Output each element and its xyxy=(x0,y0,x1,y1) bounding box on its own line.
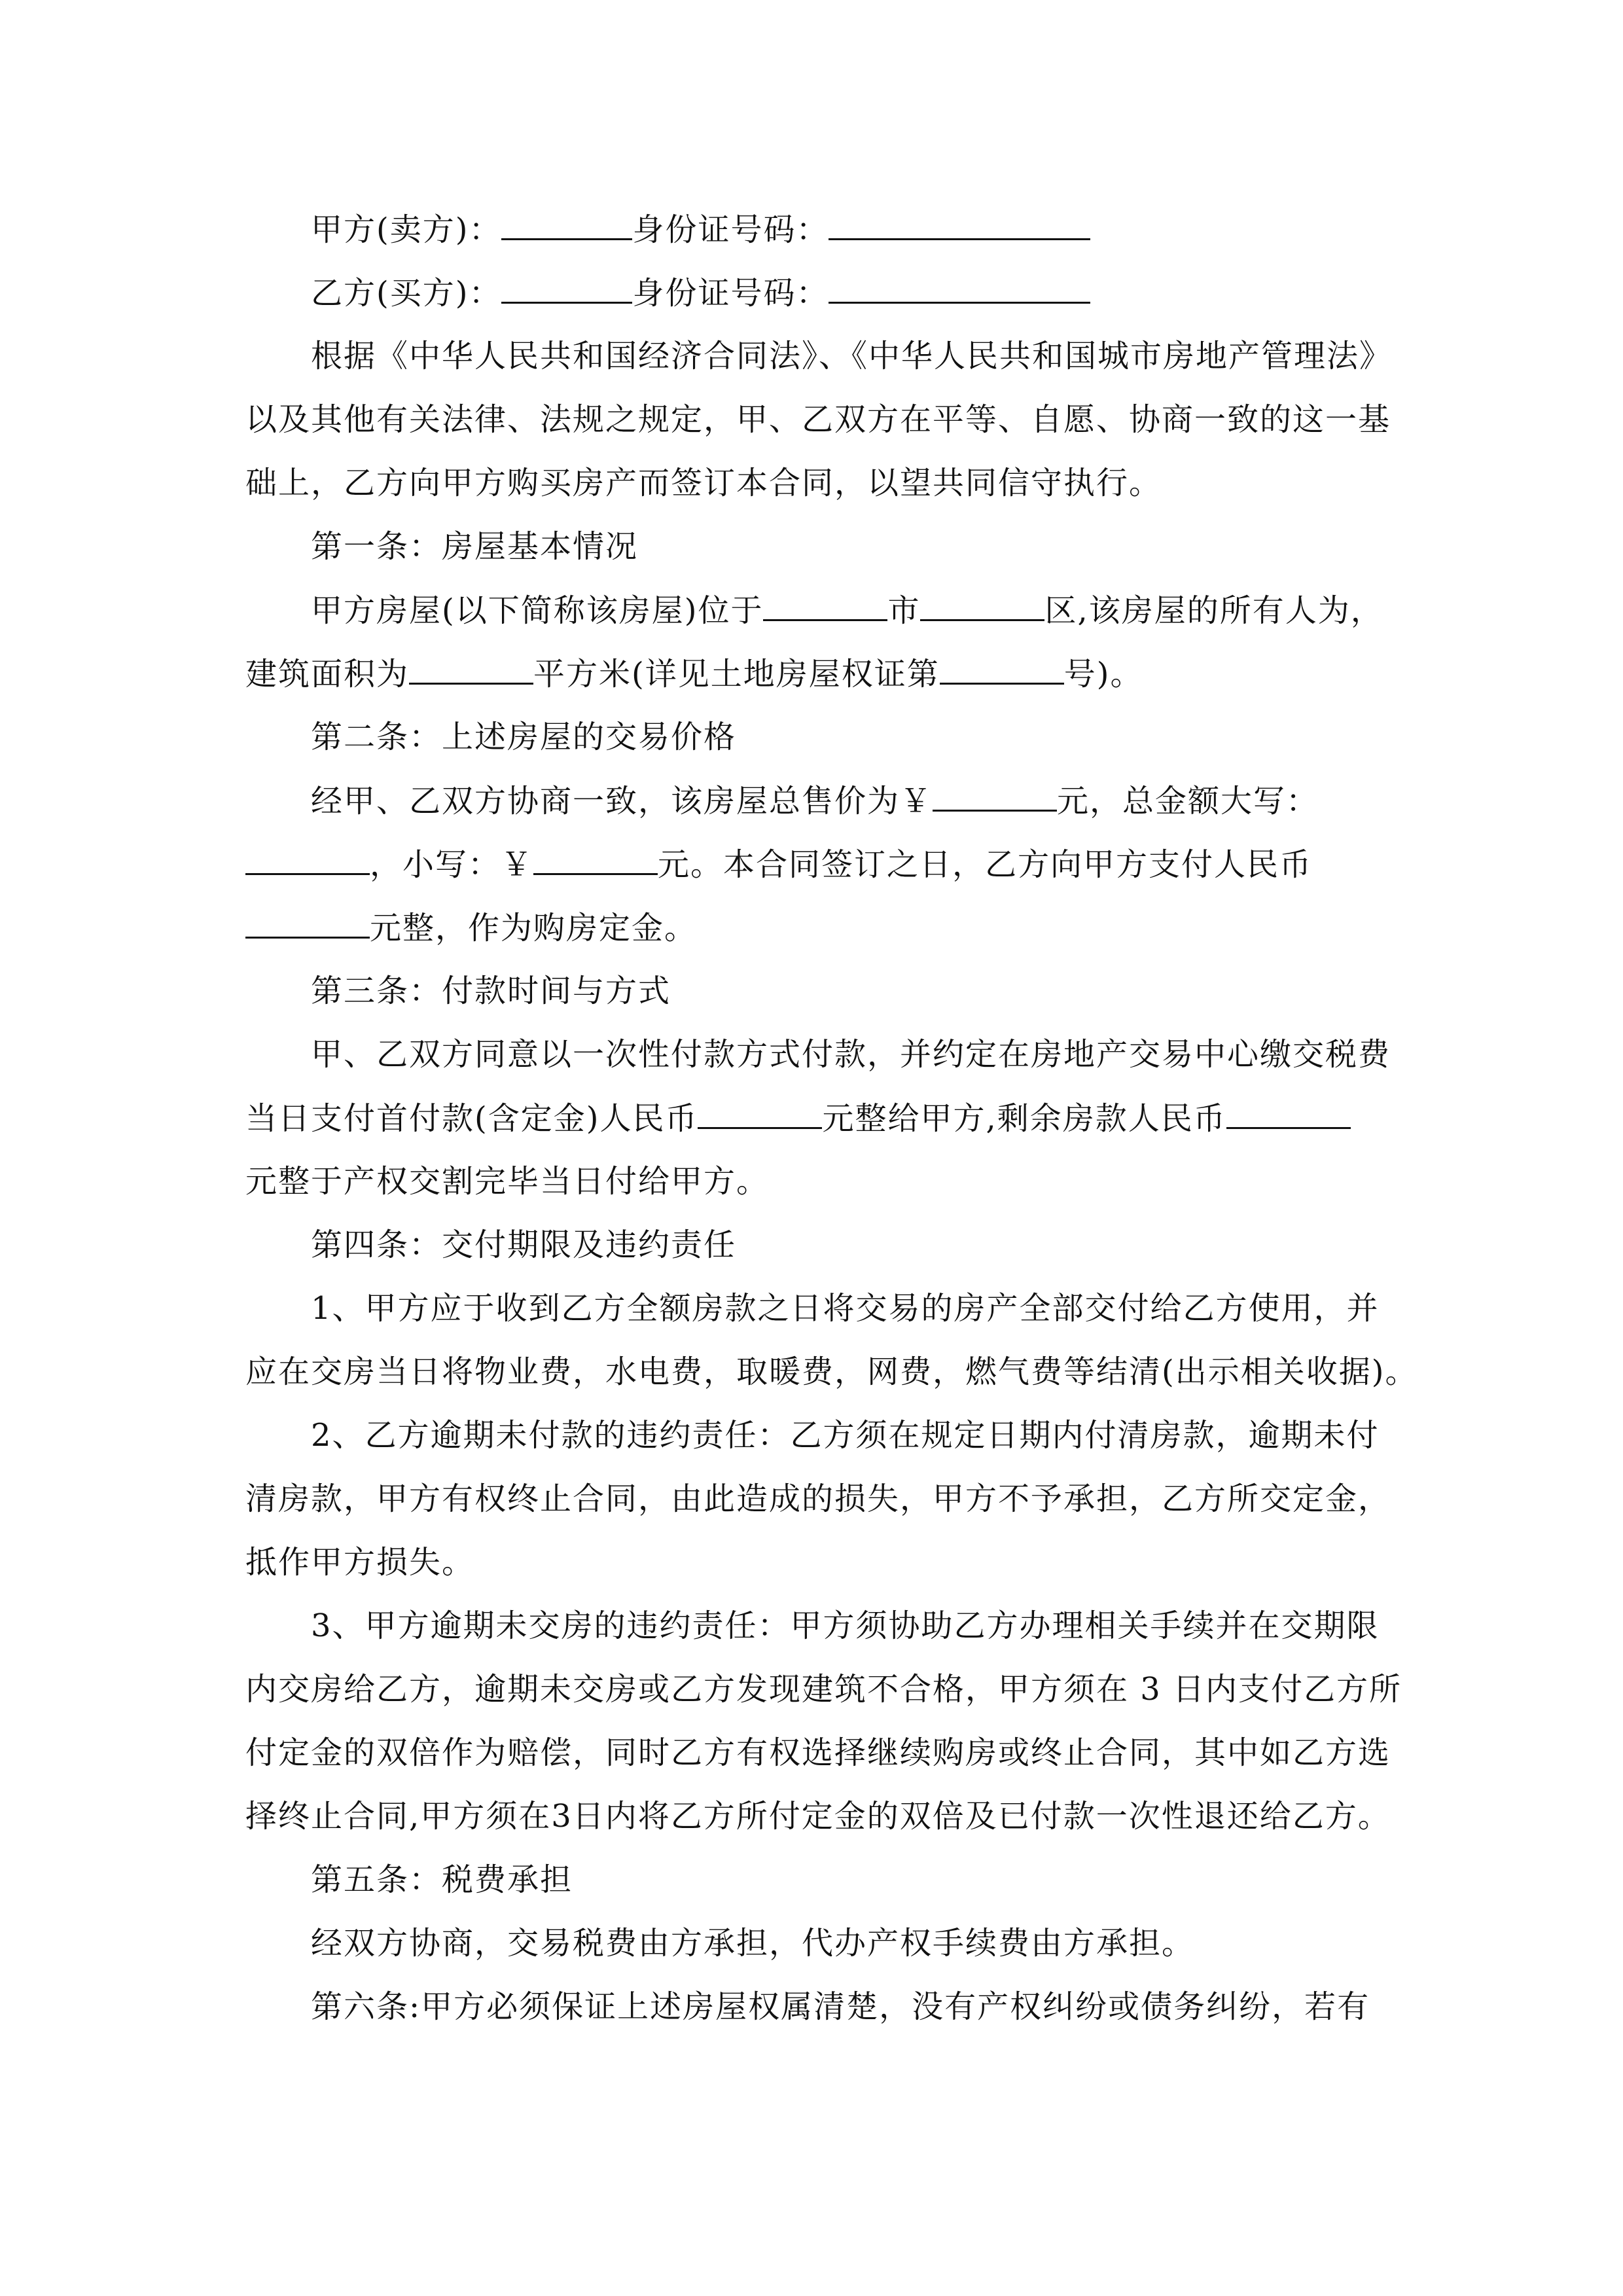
balance-blank[interactable] xyxy=(1226,1098,1351,1129)
deposit-blank[interactable] xyxy=(245,908,370,939)
text: 元。本合同签订之日，乙方向甲方支付人民币 xyxy=(658,846,1312,883)
article-3-line-3: 元整于产权交割完毕当日付给甲方。 xyxy=(245,1162,769,1201)
buyer-id-blank[interactable] xyxy=(829,273,1090,304)
article-4-p1-line-1: 1、甲方应于收到乙方全额房款之日将交易的房产全部交付给乙方使用，并 xyxy=(311,1289,1380,1328)
down-payment-blank[interactable] xyxy=(698,1098,822,1129)
article-1-line-1: 甲方房屋(以下简称该房屋)位于市区,该房屋的所有人为， xyxy=(311,590,1383,630)
article-4-p2-line-3: 抵作甲方损失。 xyxy=(245,1543,474,1582)
total-price-blank[interactable] xyxy=(933,781,1057,812)
article-5-line-1: 经双方协商，交易税费由方承担，代办产权手续费由方承担。 xyxy=(311,1924,1194,1963)
article-4-title: 第四条：交付期限及违约责任 xyxy=(311,1225,736,1265)
article-6-line-1: 第六条:甲方必须保证上述房屋权属清楚，没有产权纠纷或债务纠纷，若有 xyxy=(311,1987,1370,2026)
district-blank[interactable] xyxy=(920,590,1044,621)
certificate-no-blank[interactable] xyxy=(940,654,1064,685)
preamble-line-3: 础上，乙方向甲方购买房产而签订本合同，以望共同信守执行。 xyxy=(245,463,1162,503)
buyer-label: 乙方(买方)： xyxy=(311,275,501,312)
text: 元，总金额大写： xyxy=(1057,783,1319,819)
article-4-p3-line-2: 内交房给乙方，逾期未交房或乙方发现建筑不合格，甲方须在 3 日内支付乙方所 xyxy=(245,1670,1402,1709)
text: 元整，作为购房定金。 xyxy=(370,910,697,946)
text: 元整给甲方,剩余房款人民币 xyxy=(822,1100,1226,1137)
amount-words-blank[interactable] xyxy=(245,844,370,875)
article-4-p3-line-4: 择终止合同,甲方须在3日内将乙方所付定金的双倍及已付款一次性退还给乙方。 xyxy=(245,1797,1391,1836)
amount-figures-blank[interactable] xyxy=(533,844,658,875)
article-4-p2-line-1: 2、乙方逾期未付款的违约责任：乙方须在规定日期内付清房款，逾期未付 xyxy=(311,1416,1380,1455)
preamble-line-1: 根据《中华人民共和国经济合同法》、《中华人民共和国城市房地产管理法》 xyxy=(311,336,1392,376)
article-2-line-3: 元整，作为购房定金。 xyxy=(245,908,697,948)
seller-line: 甲方(卖方)：身份证号码： xyxy=(311,209,1090,249)
buyer-id-label: 身份证号码： xyxy=(632,275,829,312)
text: 号)。 xyxy=(1064,656,1143,692)
article-2-title: 第二条：上述房屋的交易价格 xyxy=(311,717,736,757)
seller-id-label: 身份证号码： xyxy=(632,211,829,248)
article-4-p3-line-3: 付定金的双倍作为赔偿，同时乙方有权选择继续购房或终止合同，其中如乙方选 xyxy=(245,1733,1391,1772)
article-1-title: 第一条：房屋基本情况 xyxy=(311,527,638,566)
city-blank[interactable] xyxy=(763,590,887,621)
text: 当日支付首付款(含定金)人民币 xyxy=(245,1100,698,1137)
article-3-title: 第三条：付款时间与方式 xyxy=(311,971,671,1011)
text: 建筑面积为 xyxy=(245,656,409,692)
text: 市 xyxy=(887,592,920,629)
buyer-line: 乙方(买方)：身份证号码： xyxy=(311,273,1090,313)
buyer-name-blank[interactable] xyxy=(501,273,632,304)
article-3-line-1: 甲、乙双方同意以一次性付款方式付款，并约定在房地产交易中心缴交税费 xyxy=(311,1035,1391,1074)
text: ，小写：￥ xyxy=(370,846,533,883)
article-1-line-2: 建筑面积为平方米(详见土地房屋权证第号)。 xyxy=(245,654,1143,694)
article-2-line-2: ，小写：￥元。本合同签订之日，乙方向甲方支付人民币 xyxy=(245,844,1312,884)
article-5-title: 第五条：税费承担 xyxy=(311,1860,573,1899)
article-4-p1-line-2: 应在交房当日将物业费，水电费，取暖费，网费，燃气费等结清(出示相关收据)。 xyxy=(245,1352,1418,1391)
area-blank[interactable] xyxy=(409,654,533,685)
text: 区,该房屋的所有人为， xyxy=(1044,592,1383,629)
seller-id-blank[interactable] xyxy=(829,209,1090,240)
seller-label: 甲方(卖方)： xyxy=(311,211,501,248)
preamble-line-2: 以及其他有关法律、法规之规定，甲、乙双方在平等、自愿、协商一致的这一基 xyxy=(245,400,1391,439)
text: 甲方房屋(以下简称该房屋)位于 xyxy=(311,592,763,629)
seller-name-blank[interactable] xyxy=(501,209,632,240)
text: 经甲、乙双方协商一致，该房屋总售价为￥ xyxy=(311,783,933,819)
text: 平方米(详见土地房屋权证第 xyxy=(533,656,940,692)
article-2-line-1: 经甲、乙双方协商一致，该房屋总售价为￥元，总金额大写： xyxy=(311,781,1319,821)
article-3-line-2: 当日支付首付款(含定金)人民币元整给甲方,剩余房款人民币 xyxy=(245,1098,1351,1138)
article-4-p3-line-1: 3、甲方逾期未交房的违约责任：甲方须协助乙方办理相关手续并在交期限 xyxy=(311,1606,1380,1645)
article-4-p2-line-2: 清房款，甲方有权终止合同，由此造成的损失，甲方不予承担，乙方所交定金， xyxy=(245,1479,1391,1518)
